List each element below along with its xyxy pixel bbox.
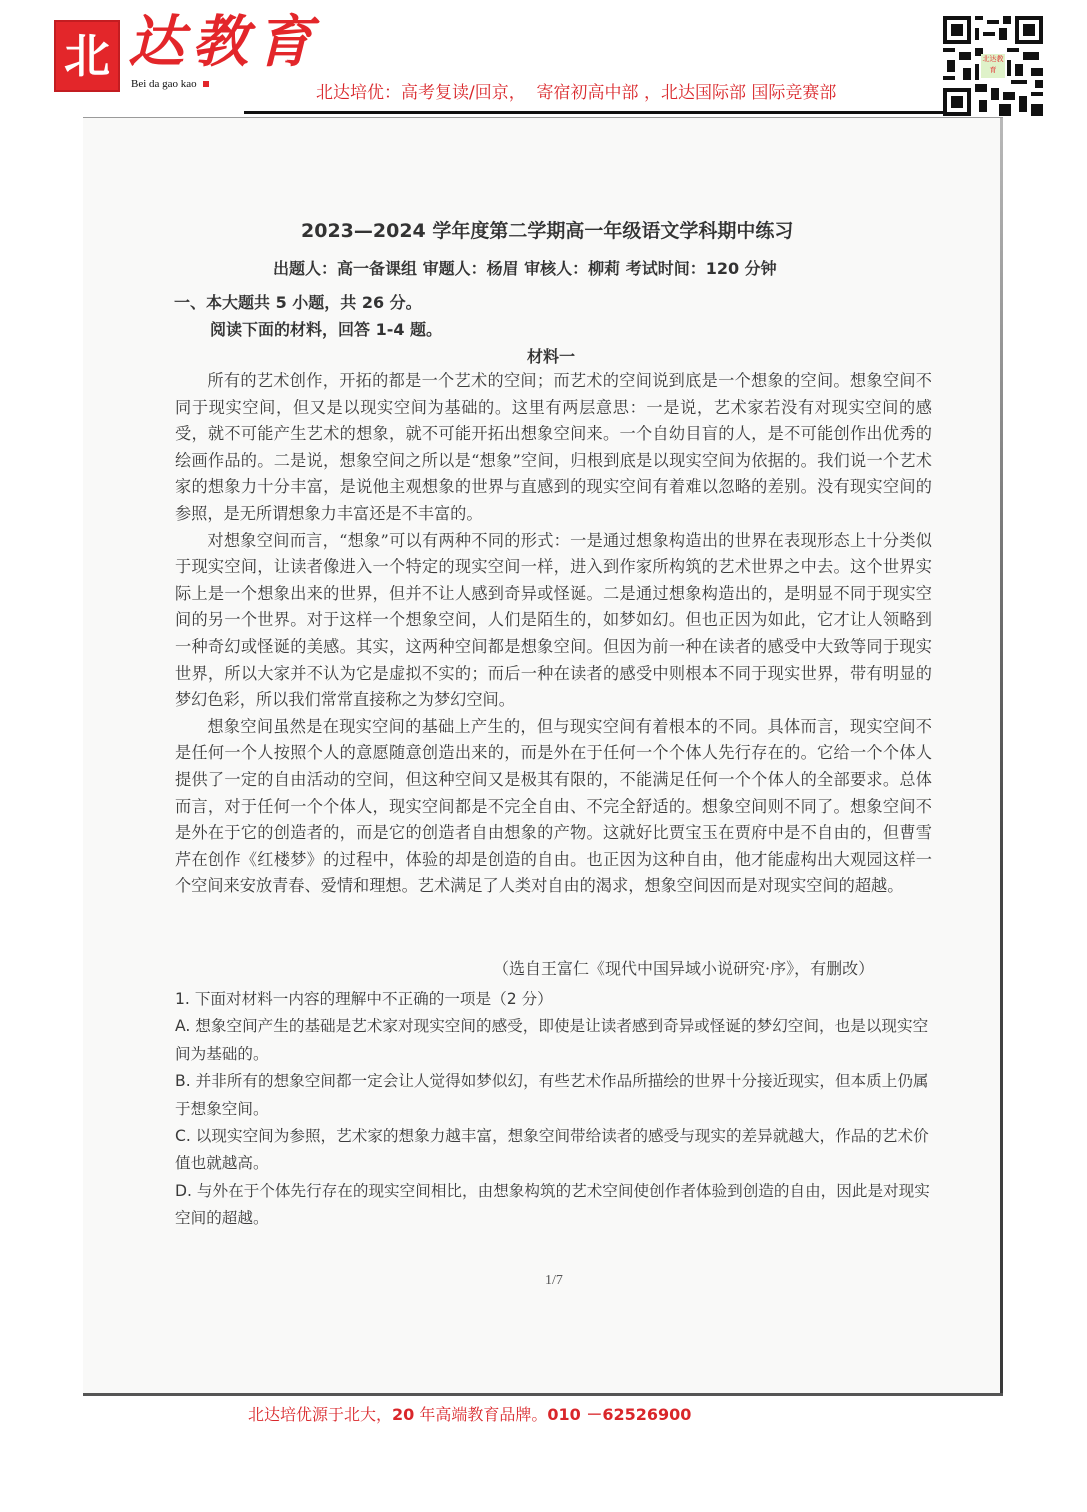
page-number: 1/7 <box>545 1273 563 1289</box>
qr-code-icon: 北达教育 <box>943 16 1043 116</box>
passage-paragraph: 对想象空间而言，“想象”可以有两种不同的形式：一是通过想象构造出的世界在表现形态… <box>175 528 932 714</box>
header-slogan: 北达培优：高考复读/回京， 寄宿初高中部 ，北达国际部 国际竞赛部 <box>316 78 836 103</box>
document-meta: 出题人：高一备课组 审题人：杨眉 审核人：柳莉 考试时间：120 分钟 <box>273 256 777 279</box>
material-title: 材料一 <box>527 344 575 367</box>
question-1: 1. 下面对材料一内容的理解中不正确的一项是（2 分） A. 想象空间产生的基础… <box>175 986 932 1233</box>
logo-pinyin-text: Bei da gao kao <box>131 78 197 90</box>
footer-phone: 010 －62526900 <box>547 1405 691 1424</box>
logo-pinyin: Bei da gao kao <box>131 78 209 90</box>
logo-wordmark: 达教育 <box>128 14 320 70</box>
option-d: D. 与外在于个体先行存在的现实空间相比，由想象构筑的艺术空间使创作者体验到创造… <box>175 1178 932 1233</box>
option-b: B. 并非所有的想象空间都一定会让人觉得如梦似幻，有些艺术作品所描绘的世界十分接… <box>175 1068 932 1123</box>
footer-years: 20 <box>392 1405 414 1424</box>
footer-text-prefix: 北达培优源于北大， <box>248 1405 392 1424</box>
option-a: A. 想象空间产生的基础是艺术家对现实空间的感受，即使是让读者感到奇异或怪诞的梦… <box>175 1013 932 1068</box>
page-edge-shadow <box>1000 118 1003 1393</box>
option-c: C. 以现实空间为参照，艺术家的想象力越丰富，想象空间带给读者的感受与现实的差异… <box>175 1123 932 1178</box>
header-divider <box>244 111 944 114</box>
qr-center-badge: 北达教育 <box>981 54 1005 78</box>
passage-source: （选自王富仁《现代中国异域小说研究·序》，有删改） <box>493 956 874 979</box>
passage: 所有的艺术创作，开拓的都是一个艺术的空间；而艺术的空间说到底是一个想象的空间。想… <box>175 368 932 900</box>
logo-mark: 北 <box>54 20 120 92</box>
passage-paragraph: 所有的艺术创作，开拓的都是一个艺术的空间；而艺术的空间说到底是一个想象的空间。想… <box>175 368 932 528</box>
document-title: 2023—2024 学年度第二学期高一年级语文学科期中练习 <box>301 216 793 243</box>
section-heading: 一、本大题共 5 小题，共 26 分。 <box>174 290 422 313</box>
question-stem: 1. 下面对材料一内容的理解中不正确的一项是（2 分） <box>175 986 932 1013</box>
scanned-page: 2023—2024 学年度第二学期高一年级语文学科期中练习 出题人：高一备课组 … <box>83 117 1003 1393</box>
square-icon <box>203 81 209 87</box>
footer-text-mid: 年高端教育品牌。 <box>414 1405 547 1424</box>
passage-paragraph: 想象空间虽然是在现实空间的基础上产生的，但与现实空间有着根本的不同。具体而言，现… <box>175 714 932 900</box>
reading-instruction: 阅读下面的材料，回答 1-4 题。 <box>210 317 442 340</box>
footer-tagline: 北达培优源于北大，20 年高端教育品牌。010 －62526900 <box>248 1402 691 1425</box>
page-bottom-border <box>83 1393 1003 1396</box>
logo-char: 北 <box>64 33 110 79</box>
